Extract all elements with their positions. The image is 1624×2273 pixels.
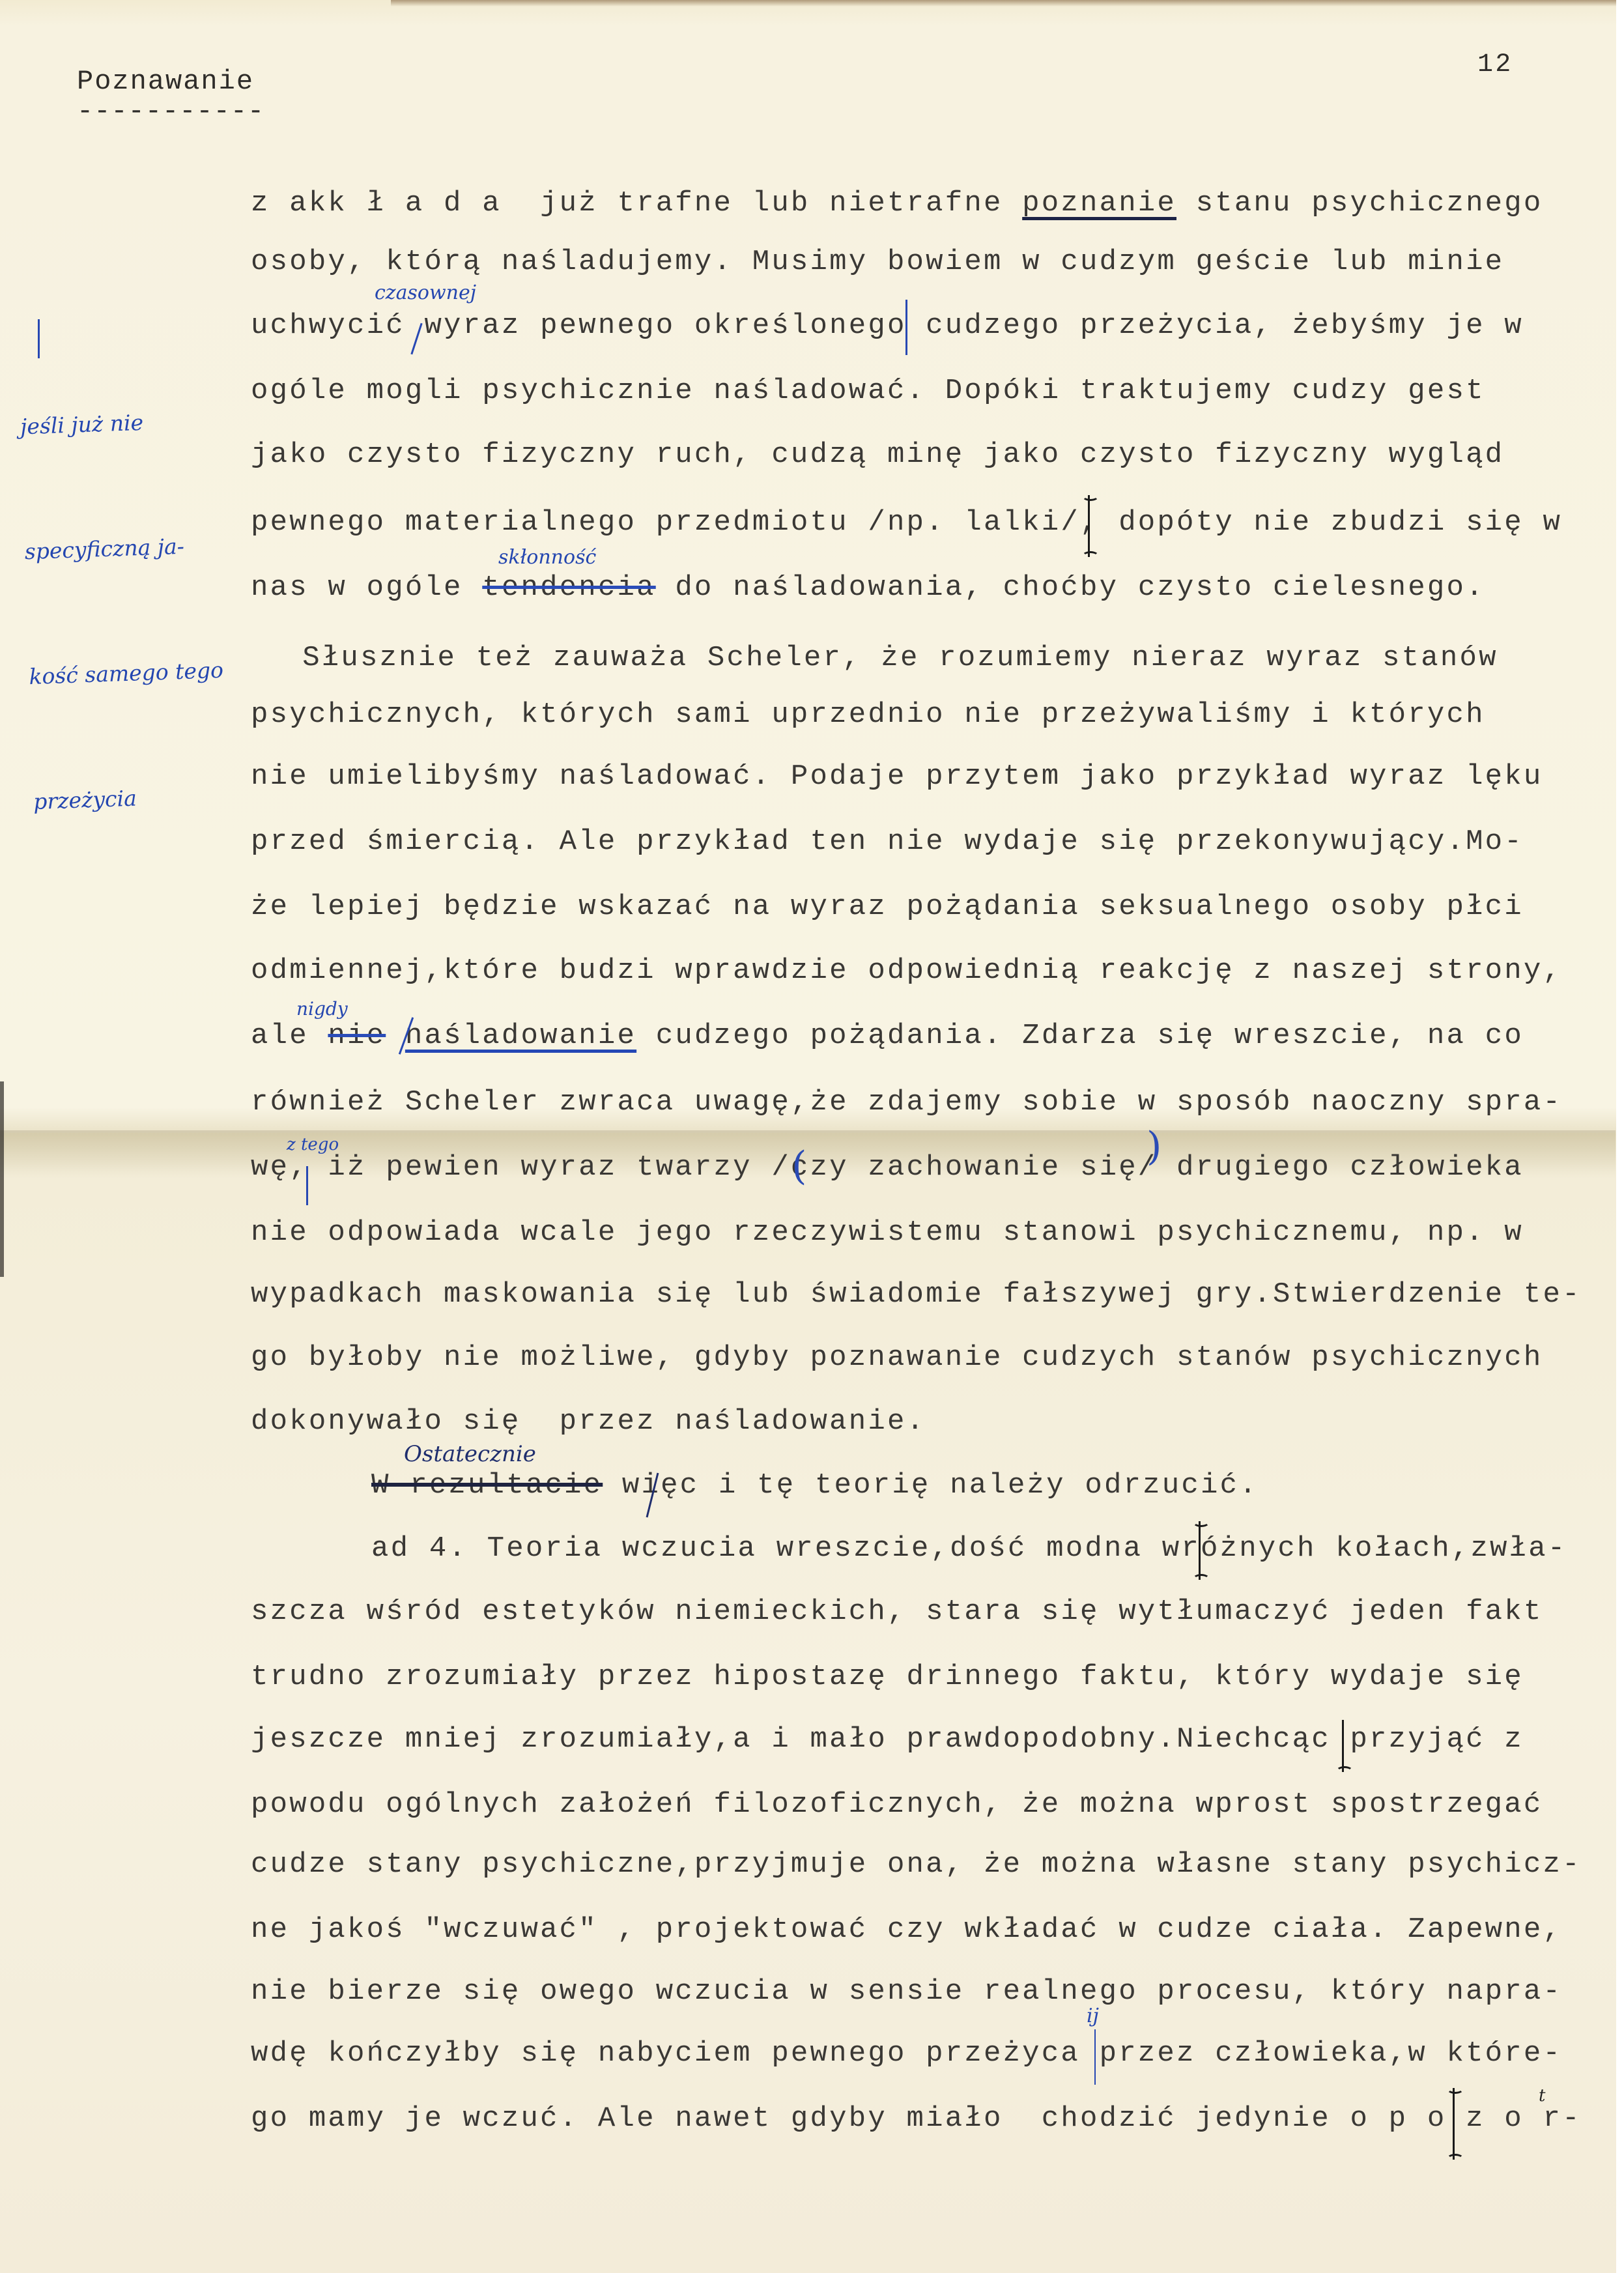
text-line: go byłoby nie możliwe, gdyby poznawanie … bbox=[251, 1343, 1543, 1372]
margin-note-line: specyficzną ja- bbox=[24, 524, 220, 573]
scan-right-margin bbox=[1616, 0, 1624, 2273]
annotation-above-nie: nigdy bbox=[296, 997, 348, 1022]
text-line: W rezultacie więc i tę teorię należy odr… bbox=[371, 1471, 1259, 1500]
text-line: również Scheler zwraca uwagę,że zdajemy … bbox=[251, 1088, 1562, 1117]
text-line: wę, iż pewien wyraz twarzy /czy zachowan… bbox=[251, 1153, 1524, 1182]
paper-top-edge bbox=[391, 0, 1624, 7]
insertion-mark bbox=[38, 319, 40, 358]
word-separator-mark bbox=[1453, 2088, 1455, 2160]
margin-note-line: przeżycia bbox=[33, 775, 229, 823]
text-line: wypadkach maskowania się lub świadomie f… bbox=[251, 1280, 1582, 1309]
text-line: nie umielibyśmy naśladować. Podaje przyt… bbox=[251, 762, 1543, 791]
title-underline-rule: ----------- bbox=[77, 98, 264, 125]
text-line: odmiennej,które budzi wprawdzie odpowied… bbox=[251, 956, 1562, 985]
text-line: jeszcze mniej zrozumiały,a i mało prawdo… bbox=[251, 1725, 1524, 1754]
insertion-mark bbox=[306, 1166, 308, 1205]
text-line: nas w ogóle tendencia do naśladowania, c… bbox=[251, 573, 1485, 602]
document-title: Poznawanie bbox=[77, 68, 254, 95]
text-line: ad 4. Teoria wczucia wreszcie,dość modna… bbox=[371, 1534, 1567, 1563]
text-line: powodu ogólnych założeń filozoficznych, … bbox=[251, 1790, 1543, 1819]
text-line: nie bierze się owego wczucia w sensie re… bbox=[251, 1977, 1562, 2006]
annotation-above-tendencia: skłonność bbox=[498, 545, 596, 571]
text-line: go mamy je wczuć. Ale nawet gdyby miało … bbox=[251, 2104, 1582, 2133]
page-number: 12 bbox=[1477, 52, 1513, 78]
annotation-above-przezyca: ij bbox=[1087, 2003, 1099, 2030]
text-line: ogóle mogli psychicznie naśladować. Dopó… bbox=[251, 377, 1485, 405]
text-line: Słusznie też zauważa Scheler, że rozumie… bbox=[264, 644, 1498, 672]
parenthesis-mark: ) bbox=[1147, 1127, 1161, 1166]
struck-word: tendencia bbox=[482, 571, 655, 604]
text-line: nie odpowiada wcale jego rzeczywistemu s… bbox=[251, 1218, 1524, 1247]
underlined-word: poznanie bbox=[1022, 187, 1176, 220]
margin-note-line: kość samego tego bbox=[28, 650, 224, 698]
annotation-above-wyraz: czasownej bbox=[375, 280, 476, 307]
text-line: że lepiej będzie wskazać na wyraz pożąda… bbox=[251, 893, 1524, 921]
margin-note-line: jeśli już nie bbox=[20, 399, 216, 448]
parenthesis-mark: ( bbox=[791, 1147, 806, 1186]
text-line: cudze stany psychiczne,przyjmuje ona, że… bbox=[251, 1850, 1582, 1879]
text-line: szcza wśród estetyków niemieckich, stara… bbox=[251, 1597, 1543, 1626]
text-line: wdę kończyłby się nabyciem pewnego przeż… bbox=[251, 2039, 1562, 2068]
word-separator-mark bbox=[1342, 1720, 1344, 1772]
insertion-mark bbox=[905, 300, 907, 355]
insertion-mark bbox=[1094, 2029, 1096, 2085]
text-line: jako czysto fizyczny ruch, cudzą minę ja… bbox=[251, 440, 1504, 469]
text-line: ale nie naśladowanie cudzego pożądania. … bbox=[251, 1022, 1524, 1050]
annotation-above-w-rezultacie: Ostatecznie bbox=[404, 1440, 536, 1470]
annotation-above-we: z tego bbox=[287, 1134, 339, 1156]
word-separator-mark bbox=[1199, 1521, 1201, 1580]
text-line: trudno zrozumiały przez hipostazę drinne… bbox=[251, 1663, 1524, 1691]
underlined-word: naśladowanie bbox=[405, 1020, 636, 1052]
word-separator-mark bbox=[1088, 495, 1090, 557]
struck-word: nie bbox=[328, 1020, 386, 1052]
struck-phrase: W rezultacie bbox=[371, 1469, 603, 1502]
text-line: pewnego materialnego przedmiotu /np. lal… bbox=[251, 508, 1562, 537]
text-line: ne jakoś "wczuwać" , projektować czy wkł… bbox=[251, 1915, 1562, 1944]
annotation-above-pozor: t bbox=[1539, 2085, 1545, 2108]
text-line: uchwycić wyraz pewnego określonego cudze… bbox=[251, 311, 1524, 340]
text-line: z akk ł a d a już trafne lub nietrafne p… bbox=[251, 189, 1543, 218]
text-line: osoby, którą naśladujemy. Musimy bowiem … bbox=[251, 248, 1504, 276]
text-line: psychicznych, których sami uprzednio nie… bbox=[251, 700, 1485, 729]
paper-left-edge bbox=[0, 1081, 4, 1277]
text-line: dokonywało się przez naśladowanie. bbox=[251, 1407, 926, 1436]
margin-note: jeśli już nie specyficzną ja- kość sameg… bbox=[17, 316, 230, 865]
text-line: przed śmiercią. Ale przykład ten nie wyd… bbox=[251, 827, 1524, 856]
